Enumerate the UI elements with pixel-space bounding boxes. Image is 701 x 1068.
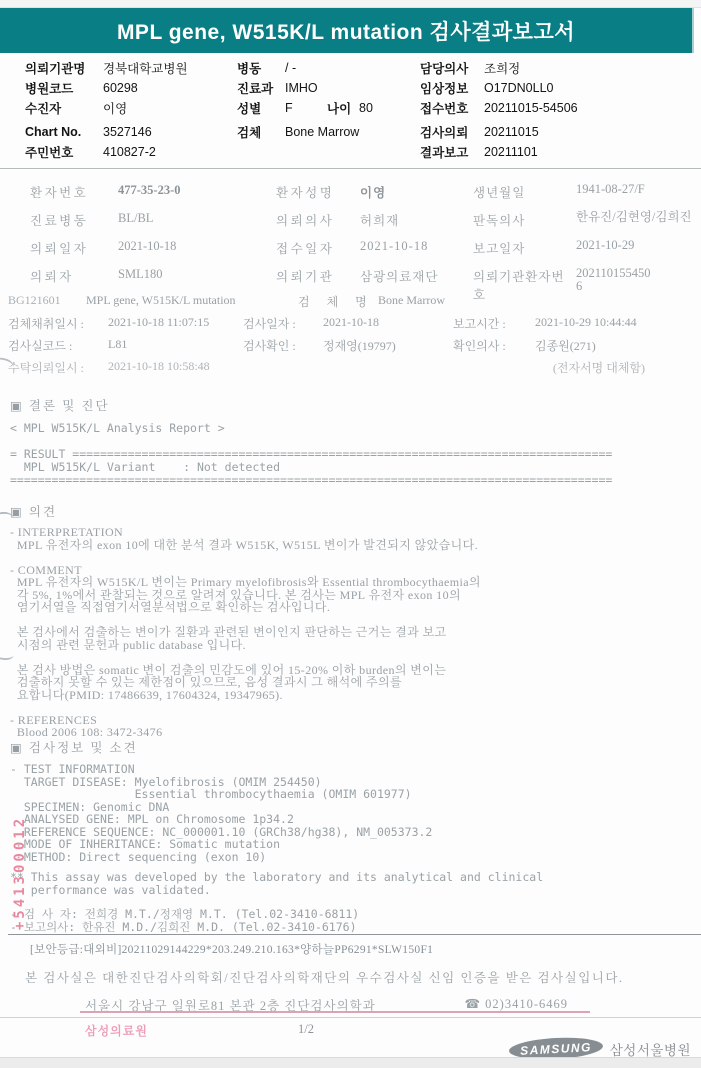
field-label: 보고시간 : bbox=[453, 315, 535, 332]
field-value: 한유진/김현영/김희진 bbox=[576, 211, 695, 224]
field-value: O17DN0LL0 bbox=[484, 81, 554, 95]
field-value: 2021-10-29 bbox=[576, 239, 695, 252]
form-row: 진료과 IMHO bbox=[237, 78, 420, 98]
field-label: 의뢰기관명 bbox=[25, 59, 103, 77]
field-value: 경북대학교병원 bbox=[103, 59, 188, 77]
page-bottom-strip bbox=[0, 1057, 701, 1068]
test-code: BG121601 bbox=[8, 293, 86, 308]
form-row: 접수번호 20211015-54506 bbox=[420, 98, 693, 118]
table-row: 검체채취일시 : 2021-10-18 11:07:15 검사일자 : 2021… bbox=[8, 315, 693, 337]
section-heading: ▣ 결론 및 진단 bbox=[10, 396, 691, 414]
field-value: L81 bbox=[108, 337, 243, 352]
field-value: 202110155450 6 bbox=[576, 267, 695, 293]
field-value: 20211015-54506 bbox=[484, 101, 578, 115]
patient-name: 이영 bbox=[360, 183, 473, 201]
field-value: 정재영(19797) bbox=[323, 337, 453, 354]
form-row: Chart No. 3527146 bbox=[25, 122, 237, 142]
patient-info-table: 환자번호 477-35-23-0 환자성명 이영 생년월일 1941-08-27… bbox=[30, 183, 695, 295]
field-label: 주민번호 bbox=[25, 143, 103, 161]
request-form-left-column: 의뢰기관명 경북대학교병원 병원코드 60298 수진자 이영 Chart No… bbox=[25, 58, 237, 162]
opinion-section: ▣ 의견 - INTERPRETATION MPL 유전자의 exon 10에 … bbox=[10, 502, 693, 739]
field-value: 80 bbox=[359, 101, 373, 115]
field-label: 결과보고 bbox=[420, 143, 484, 161]
field-label: 환자성명 bbox=[276, 183, 360, 201]
field-label: Chart No. bbox=[25, 125, 103, 139]
assay-note: ** This assay was developed by the labor… bbox=[10, 871, 693, 896]
field-value: 조희정 bbox=[484, 59, 520, 77]
field-label: 생년월일 bbox=[473, 183, 576, 201]
field-label: 진료과 bbox=[237, 79, 285, 97]
field-value: 60298 bbox=[103, 81, 138, 95]
field-label: 검사실코드 : bbox=[8, 337, 108, 354]
field-value: 허희재 bbox=[360, 211, 473, 229]
field-label: 병동 bbox=[237, 59, 285, 77]
test-info-section: ▣ 검사정보 및 소견 - TEST INFORMATION TARGET DI… bbox=[10, 738, 693, 933]
field-label: 병원코드 bbox=[25, 79, 103, 97]
field-label: 수진자 bbox=[25, 99, 103, 117]
field-label: 접수번호 bbox=[420, 99, 484, 117]
field-value: Bone Marrow bbox=[285, 125, 359, 139]
table-row: BG121601 MPL gene, W515K/L mutation 검 체 … bbox=[8, 293, 693, 315]
form-row: 결과보고 20211101 bbox=[420, 142, 693, 162]
field-label: 환자번호 bbox=[30, 183, 118, 201]
form-row: 검사의뢰 20211015 bbox=[420, 122, 693, 142]
address-underline bbox=[80, 1011, 590, 1013]
hospital-name: 삼성서울병원 bbox=[610, 1039, 691, 1059]
patient-number: 477-35-23-0 bbox=[118, 183, 276, 198]
report-title-bar: MPL gene, W515K/L mutation 검사결과보고서 bbox=[0, 8, 694, 53]
table-row: 검사실코드 : L81 검사확인 : 정재영(19797) 확인의사 : 김종원… bbox=[8, 337, 693, 359]
field-label: 확인의사 : bbox=[453, 337, 535, 354]
accreditation-line: 본 검사실은 대한진단검사의학회/진단검사의학재단의 우수검사실 신임 인증을 … bbox=[25, 968, 624, 986]
hospital-brand: SAMSUNG 삼성서울병원 bbox=[509, 1038, 691, 1059]
staff-block: - 검 사 자: 전희경 M.T./정재영 M.T. (Tel.02-3410-… bbox=[10, 908, 693, 933]
footer-divider bbox=[8, 934, 701, 935]
phone-icon: ☎ bbox=[464, 997, 481, 1011]
field-value: 2021-10-18 10:58:48 bbox=[108, 359, 243, 374]
field-value: IMHO bbox=[285, 81, 318, 95]
field-value: 이영 bbox=[103, 99, 127, 117]
report-page: MPL gene, W515K/L mutation 검사결과보고서 의뢰기관명… bbox=[0, 0, 701, 1068]
field-label: 접수일자 bbox=[276, 239, 360, 257]
page-number: 1/2 bbox=[298, 1022, 314, 1037]
table-row: 의뢰일자 2021-10-18 접수일자 2021-10-18 보고일자 202… bbox=[30, 239, 695, 267]
form-row: 성별 F 나이 80 bbox=[237, 98, 420, 118]
opinion-text: - INTERPRETATION MPL 유전자의 exon 10에 대한 분석… bbox=[10, 526, 693, 739]
table-row: 환자번호 477-35-23-0 환자성명 이영 생년월일 1941-08-27… bbox=[30, 183, 695, 211]
page-title: MPL gene, W515K/L mutation 검사결과보고서 bbox=[117, 16, 575, 46]
field-label: 성별 bbox=[237, 99, 285, 117]
security-line: [보안등급:대외비]20211029144229*203.249.210.163… bbox=[30, 941, 433, 957]
field-value: 2021-10-18 bbox=[360, 239, 473, 254]
samsung-logo-text: SAMSUNG bbox=[520, 1040, 592, 1058]
field-value: 김종원(271) bbox=[535, 337, 596, 354]
test-name: MPL gene, W515K/L mutation bbox=[86, 293, 298, 308]
field-label: 검체 bbox=[237, 123, 285, 141]
field-label: 검사일자 : bbox=[243, 315, 323, 332]
field-label: 담당의사 bbox=[420, 59, 484, 77]
result-block: < MPL W515K/L Analysis Report > = RESULT… bbox=[10, 422, 691, 487]
form-row: 검체 Bone Marrow bbox=[237, 122, 420, 142]
field-value: 20211101 bbox=[484, 145, 538, 159]
field-value: 삼광의료재단 bbox=[360, 267, 473, 285]
field-label: 보고일자 bbox=[473, 239, 576, 257]
field-label: 검체채취일시 : bbox=[8, 315, 108, 332]
section-heading: ▣ 의견 bbox=[10, 502, 693, 520]
field-value: BL/BL bbox=[118, 211, 276, 226]
field-label: 검 체 명 bbox=[298, 293, 378, 310]
field-label: 임상정보 bbox=[420, 79, 484, 97]
organization-name: 삼성의료원 bbox=[85, 1022, 148, 1039]
field-label: 의뢰일자 bbox=[30, 239, 118, 257]
conclusion-section: ▣ 결론 및 진단 < MPL W515K/L Analysis Report … bbox=[10, 396, 691, 487]
section-divider bbox=[0, 168, 701, 169]
form-row: 담당의사 조희정 bbox=[420, 58, 693, 78]
request-form: 의뢰기관명 경북대학교병원 병원코드 60298 수진자 이영 Chart No… bbox=[25, 58, 693, 162]
form-row: 주민번호 410827-2 bbox=[25, 142, 237, 162]
form-row: 의뢰기관명 경북대학교병원 bbox=[25, 58, 237, 78]
form-row: 임상정보 O17DN0LL0 bbox=[420, 78, 693, 98]
form-row: 수진자 이영 bbox=[25, 98, 237, 118]
field-value: SML180 bbox=[118, 267, 276, 282]
field-value: 20211015 bbox=[484, 125, 539, 139]
field-label: 검사의뢰 bbox=[420, 123, 484, 141]
field-value: F bbox=[285, 101, 327, 115]
footer-rule bbox=[0, 1017, 701, 1018]
field-label: 검사확인 : bbox=[243, 337, 323, 354]
field-label: 의뢰의사 bbox=[276, 211, 360, 229]
request-form-middle-column: 병동 / - 진료과 IMHO 성별 F 나이 80 검체 Bone Marro… bbox=[237, 58, 420, 162]
field-value: 2021-10-18 bbox=[118, 239, 276, 254]
test-header-block: BG121601 MPL gene, W515K/L mutation 검 체 … bbox=[8, 293, 693, 381]
phone-number: 02)3410-6469 bbox=[485, 997, 568, 1011]
table-row: 진료병동 BL/BL 의뢰의사 허희재 판독의사 한유진/김현영/김희진 bbox=[30, 211, 695, 239]
field-label: 의뢰기관 bbox=[276, 267, 360, 285]
request-form-right-column: 담당의사 조희정 임상정보 O17DN0LL0 접수번호 20211015-54… bbox=[420, 58, 693, 162]
form-row: 병원코드 60298 bbox=[25, 78, 237, 98]
field-label: 의뢰자 bbox=[30, 267, 118, 285]
field-label: 나이 bbox=[327, 99, 359, 117]
field-value: 2021-10-18 bbox=[323, 315, 453, 330]
page-top-strip bbox=[0, 0, 701, 8]
table-row: 의뢰자 SML180 의뢰기관 삼광의료재단 의뢰기관환자번호 20211015… bbox=[30, 267, 695, 295]
test-information-block: - TEST INFORMATION TARGET DISEASE: Myelo… bbox=[10, 763, 693, 863]
section-heading: ▣ 검사정보 및 소견 bbox=[10, 738, 693, 756]
form-row: 병동 / - bbox=[237, 58, 420, 78]
specimen-value: Bone Marrow bbox=[378, 293, 445, 308]
esign-note: (전자서명 대체함) bbox=[553, 359, 645, 376]
table-row: 수탁의뢰일시 : 2021-10-18 10:58:48 (전자서명 대체함) bbox=[8, 359, 693, 381]
field-value: 3527146 bbox=[103, 125, 152, 139]
field-value: 1941-08-27/F bbox=[576, 183, 695, 196]
field-value: 2021-10-18 11:07:15 bbox=[108, 315, 243, 330]
field-label: 판독의사 bbox=[473, 211, 576, 229]
field-value: 2021-10-29 10:44:44 bbox=[535, 315, 637, 330]
side-stamp-number: +541300012 bbox=[12, 798, 28, 948]
field-label: 진료병동 bbox=[30, 211, 118, 229]
field-label: 수탁의뢰일시 : bbox=[8, 359, 108, 376]
field-value: 410827-2 bbox=[103, 145, 156, 159]
field-value: / - bbox=[285, 61, 296, 75]
